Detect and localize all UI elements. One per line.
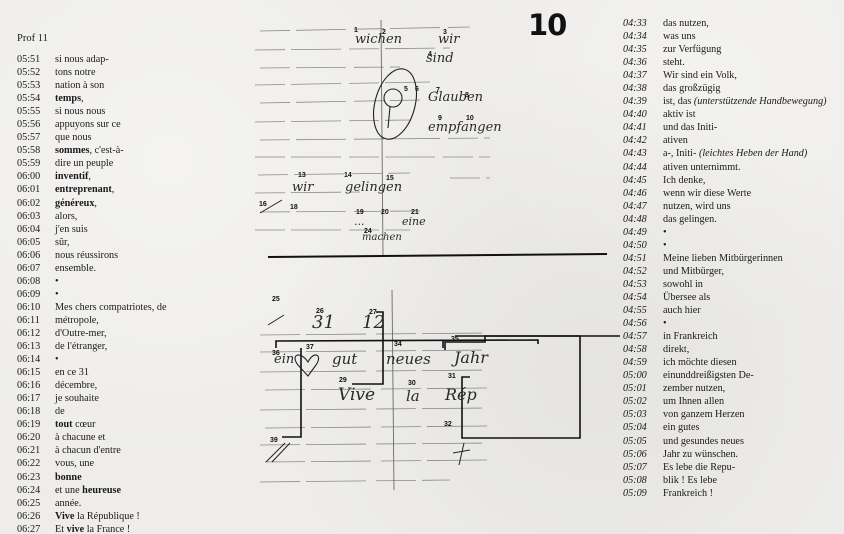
timestamp: 04:48 — [623, 213, 663, 226]
transcript-text: bonne — [55, 471, 82, 484]
transcript-row: 06:14• — [17, 353, 166, 366]
marker-number: 25 — [272, 296, 280, 303]
timestamp: 06:02 — [17, 197, 55, 210]
timestamp: 06:13 — [17, 340, 55, 353]
transcript-text: • — [663, 239, 667, 252]
timestamp: 06:00 — [17, 170, 55, 183]
transcript-row: 06:26Vive la République ! — [17, 510, 166, 523]
timestamp: 04:58 — [623, 343, 663, 356]
timestamp: 04:34 — [623, 30, 663, 43]
transcript-row: 05:53nation à son — [17, 79, 166, 92]
transcript-text: und Mitbürger, — [663, 265, 724, 278]
transcript-row: 04:54Übersee als — [623, 291, 827, 304]
transcript-row: 04:50• — [623, 239, 827, 252]
handwritten-word: Vive — [338, 385, 375, 405]
transcript-row: 04:58direkt, — [623, 343, 827, 356]
timestamp: 06:03 — [17, 210, 55, 223]
transcript-text: blik ! Es lebe — [663, 474, 717, 487]
timestamp: 04:51 — [623, 252, 663, 265]
transcript-row: 06:10Mes chers compatriotes, de — [17, 301, 166, 314]
transcript-text: temps, — [55, 92, 84, 105]
timestamp: 04:57 — [623, 330, 663, 343]
transcript-text: ein gutes — [663, 421, 700, 434]
timestamp: 06:16 — [17, 379, 55, 392]
transcript-text: métropole, — [55, 314, 99, 327]
transcript-text: steht. — [663, 56, 685, 69]
transcript-text: ist, das (unterstützende Handbewegung) — [663, 95, 827, 108]
transcript-row: 06:25année. — [17, 497, 166, 510]
timestamp: 06:10 — [17, 301, 55, 314]
transcript-row: 04:39ist, das (unterstützende Handbewegu… — [623, 95, 827, 108]
marker-number: 32 — [444, 421, 452, 428]
timestamp: 04:49 — [623, 226, 663, 239]
french-transcript-column: 05:51si nous adap-05:52tons notre05:53na… — [17, 53, 166, 534]
transcript-row: 04:51Meine lieben Mitbürgerinnen — [623, 252, 827, 265]
timestamp: 05:58 — [17, 144, 55, 157]
timestamp: 05:05 — [623, 435, 663, 448]
transcript-row: 05:03von ganzem Herzen — [623, 408, 827, 421]
marker-number: 18 — [290, 204, 298, 211]
transcript-row: 06:03alors, — [17, 210, 166, 223]
transcript-row: 05:01zember nutzen, — [623, 382, 827, 395]
timestamp: 04:53 — [623, 278, 663, 291]
transcript-text: entreprenant, — [55, 183, 114, 196]
transcript-row: 04:45Ich denke, — [623, 174, 827, 187]
transcript-text: von ganzem Herzen — [663, 408, 744, 421]
timestamp: 05:54 — [17, 92, 55, 105]
timestamp: 05:59 — [17, 157, 55, 170]
marker-number: 10 — [466, 115, 474, 122]
transcript-row: 04:35zur Verfügung — [623, 43, 827, 56]
timestamp: 06:15 — [17, 366, 55, 379]
marker-number: 21 — [411, 209, 419, 216]
document-header-label: Prof 11 — [17, 33, 48, 44]
transcript-row: 04:41und das Initi- — [623, 121, 827, 134]
handwritten-word: gelingen — [345, 180, 402, 195]
transcript-text: • — [663, 317, 667, 330]
transcript-text: • — [55, 275, 59, 288]
timestamp: 05:04 — [623, 421, 663, 434]
transcript-row: 06:11métropole, — [17, 314, 166, 327]
gesture-annotation: (unterstützende Handbewegung) — [694, 96, 827, 107]
timestamp: 05:53 — [17, 79, 55, 92]
timestamp: 05:57 — [17, 131, 55, 144]
transcript-row: 06:00inventif, — [17, 170, 166, 183]
transcript-text: zur Verfügung — [663, 43, 721, 56]
timestamp: 06:20 — [17, 431, 55, 444]
marker-number: 30 — [408, 380, 416, 387]
handwritten-word: gut — [332, 350, 357, 368]
transcript-row: 05:51si nous adap- — [17, 53, 166, 66]
transcript-text: année. — [55, 497, 81, 510]
timestamp: 04:43 — [623, 147, 663, 160]
timestamp: 06:05 — [17, 236, 55, 249]
transcript-text: généreux, — [55, 197, 97, 210]
transcript-row: 04:49• — [623, 226, 827, 239]
transcript-row: 04:34was uns — [623, 30, 827, 43]
marker-number: 26 — [316, 308, 324, 315]
transcript-row: 05:57que nous — [17, 131, 166, 144]
transcript-text: si nous nous — [55, 105, 105, 118]
transcript-row: 06:23bonne — [17, 471, 166, 484]
transcript-row: 04:33das nutzen, — [623, 17, 827, 30]
transcript-text: ich möchte diesen — [663, 356, 737, 369]
marker-number: 31 — [448, 373, 456, 380]
transcript-row: 06:02généreux, — [17, 197, 166, 210]
transcript-text: aktiv ist — [663, 108, 696, 121]
timestamp: 05:07 — [623, 461, 663, 474]
transcript-text: vous, une — [55, 457, 94, 470]
transcript-text: das großzügig — [663, 82, 720, 95]
transcript-text: Et vive la France ! — [55, 523, 130, 534]
timestamp: 04:45 — [623, 174, 663, 187]
handwritten-word: Jahr — [454, 348, 488, 367]
transcript-text: direkt, — [663, 343, 689, 356]
marker-number: 6 — [415, 86, 419, 93]
transcript-row: 06:18de — [17, 405, 166, 418]
transcript-row: 05:58sommes, c'est-à- — [17, 144, 166, 157]
timestamp: 04:33 — [623, 17, 663, 30]
timestamp: 04:50 — [623, 239, 663, 252]
timestamp: 06:27 — [17, 523, 55, 534]
marker-number: 35 — [451, 336, 459, 343]
marker-number: 27 — [369, 309, 377, 316]
transcript-row: 04:47nutzen, wird uns — [623, 200, 827, 213]
transcript-row: 05:02um Ihnen allen — [623, 395, 827, 408]
transcript-text: Ich denke, — [663, 174, 705, 187]
transcript-row: 06:01entreprenant, — [17, 183, 166, 196]
transcript-text: • — [55, 288, 59, 301]
transcript-text: das nutzen, — [663, 17, 709, 30]
transcript-row: 05:07Es lebe die Repu- — [623, 461, 827, 474]
marker-number: 37 — [306, 344, 314, 351]
timestamp: 06:08 — [17, 275, 55, 288]
handwritten-word: neues — [386, 350, 431, 368]
transcript-row: 05:00einunddreißigsten De- — [623, 369, 827, 382]
transcript-text: in Frankreich — [663, 330, 718, 343]
marker-number: 36 — [272, 350, 280, 357]
transcript-row: 06:05sûr, — [17, 236, 166, 249]
transcript-text: nutzen, wird uns — [663, 200, 731, 213]
transcript-row: 06:08• — [17, 275, 166, 288]
transcript-row: 06:16décembre, — [17, 379, 166, 392]
timestamp: 06:22 — [17, 457, 55, 470]
timestamp: 04:47 — [623, 200, 663, 213]
transcript-row: 06:07ensemble. — [17, 262, 166, 275]
transcript-text: à chacun d'entre — [55, 444, 121, 457]
timestamp: 06:09 — [17, 288, 55, 301]
timestamp: 04:39 — [623, 95, 663, 108]
transcript-text: um Ihnen allen — [663, 395, 724, 408]
marker-number: 7 — [436, 87, 440, 94]
transcript-row: 04:53sowohl in — [623, 278, 827, 291]
marker-number: 5 — [404, 86, 408, 93]
transcript-row: 06:12d'Outre-mer, — [17, 327, 166, 340]
handwritten-word: la — [406, 387, 420, 405]
transcript-text: de l'étranger, — [55, 340, 107, 353]
transcript-text: Meine lieben Mitbürgerinnen — [663, 252, 783, 265]
timestamp: 05:00 — [623, 369, 663, 382]
transcript-row: 04:52und Mitbürger, — [623, 265, 827, 278]
transcript-text: das gelingen. — [663, 213, 717, 226]
transcript-row: 04:57in Frankreich — [623, 330, 827, 343]
transcript-text: ativen — [663, 134, 688, 147]
marker-number: 8 — [465, 92, 469, 99]
timestamp: 06:21 — [17, 444, 55, 457]
transcript-row: 04:42ativen — [623, 134, 827, 147]
german-transcript-column: 04:33das nutzen,04:34was uns04:35zur Ver… — [623, 17, 827, 500]
transcript-row: 06:04j'en suis — [17, 223, 166, 236]
transcript-row: 06:17je souhaite — [17, 392, 166, 405]
timestamp: 06:06 — [17, 249, 55, 262]
timestamp: 04:46 — [623, 187, 663, 200]
timestamp: 04:35 — [623, 43, 663, 56]
handwritten-word: wichen — [355, 32, 402, 47]
transcript-row: 04:36steht. — [623, 56, 827, 69]
timestamp: 06:25 — [17, 497, 55, 510]
marker-number: 34 — [394, 341, 402, 348]
handwritten-word: wir — [292, 180, 314, 195]
handwritten-word: Rép — [445, 385, 477, 404]
transcript-text: Frankreich ! — [663, 487, 713, 500]
timestamp: 06:19 — [17, 418, 55, 431]
transcript-row: 04:48das gelingen. — [623, 213, 827, 226]
transcript-text: tons notre — [55, 66, 95, 79]
transcript-row: 06:19tout cœur — [17, 418, 166, 431]
timestamp: 06:23 — [17, 471, 55, 484]
transcript-row: 04:59ich möchte diesen — [623, 356, 827, 369]
marker-number: 14 — [344, 172, 352, 179]
timestamp: 04:55 — [623, 304, 663, 317]
transcript-row: 05:04ein gutes — [623, 421, 827, 434]
transcript-text: d'Outre-mer, — [55, 327, 107, 340]
marker-number: 24 — [364, 228, 372, 235]
timestamp: 06:17 — [17, 392, 55, 405]
transcript-text: décembre, — [55, 379, 97, 392]
transcript-row: 06:21à chacun d'entre — [17, 444, 166, 457]
timestamp: 06:18 — [17, 405, 55, 418]
transcript-row: 04:56• — [623, 317, 827, 330]
transcript-text: und das Initi- — [663, 121, 717, 134]
timestamp: 05:51 — [17, 53, 55, 66]
notes-lines — [250, 0, 620, 534]
transcript-text: ensemble. — [55, 262, 96, 275]
transcript-text: de — [55, 405, 65, 418]
transcript-text: nous réussirons — [55, 249, 118, 262]
transcript-row: 06:15en ce 31 — [17, 366, 166, 379]
marker-number: 9 — [438, 115, 442, 122]
handwritten-word: 31 — [312, 312, 335, 333]
timestamp: 05:08 — [623, 474, 663, 487]
timestamp: 04:36 — [623, 56, 663, 69]
transcript-text: tout cœur — [55, 418, 95, 431]
transcript-row: 05:09Frankreich ! — [623, 487, 827, 500]
timestamp: 06:24 — [17, 484, 55, 497]
timestamp: 05:02 — [623, 395, 663, 408]
transcript-text: und gesundes neues — [663, 435, 744, 448]
transcript-text: appuyons sur ce — [55, 118, 121, 131]
transcript-row: 04:40aktiv ist — [623, 108, 827, 121]
handwritten-word: eine — [402, 215, 426, 228]
timestamp: 04:59 — [623, 356, 663, 369]
transcript-text: wenn wir diese Werte — [663, 187, 751, 200]
transcript-text: auch hier — [663, 304, 701, 317]
transcript-text: sûr, — [55, 236, 70, 249]
marker-number: 20 — [381, 209, 389, 216]
transcript-text: nation à son — [55, 79, 104, 92]
transcript-row: 06:09• — [17, 288, 166, 301]
transcript-text: Übersee als — [663, 291, 710, 304]
handwritten-word: wir — [438, 32, 460, 47]
handwritten-word: ... — [354, 215, 365, 228]
timestamp: 05:09 — [623, 487, 663, 500]
transcript-text: Wir sind ein Volk, — [663, 69, 737, 82]
marker-number: 13 — [298, 172, 306, 179]
transcript-row: 04:38das großzügig — [623, 82, 827, 95]
timestamp: 04:54 — [623, 291, 663, 304]
handwritten-notes-area: wichen wir sind Glauben empfangen wir ge… — [250, 0, 620, 534]
marker-number: 4 — [428, 51, 432, 58]
marker-number: 15 — [386, 175, 394, 182]
timestamp: 06:01 — [17, 183, 55, 196]
timestamp: 04:41 — [623, 121, 663, 134]
timestamp: 04:52 — [623, 265, 663, 278]
transcript-row: 05:59dire un peuple — [17, 157, 166, 170]
transcript-text: que nous — [55, 131, 92, 144]
timestamp: 06:07 — [17, 262, 55, 275]
timestamp: 04:42 — [623, 134, 663, 147]
handwritten-word: empfangen — [428, 120, 502, 135]
timestamp: 04:37 — [623, 69, 663, 82]
transcript-row: 04:37Wir sind ein Volk, — [623, 69, 827, 82]
transcript-text: Es lebe die Repu- — [663, 461, 735, 474]
transcript-text: et une heureuse — [55, 484, 121, 497]
marker-number: 3 — [443, 29, 447, 36]
transcript-row: 04:43a-, Initi- (leichtes Heben der Hand… — [623, 147, 827, 160]
transcript-text: • — [663, 226, 667, 239]
timestamp: 05:56 — [17, 118, 55, 131]
transcript-text: sowohl in — [663, 278, 703, 291]
transcript-row: 06:20à chacune et — [17, 431, 166, 444]
transcript-row: 04:55auch hier — [623, 304, 827, 317]
transcript-row: 05:08blik ! Es lebe — [623, 474, 827, 487]
transcript-text: • — [55, 353, 59, 366]
transcript-text: j'en suis — [55, 223, 88, 236]
transcript-row: 05:55si nous nous — [17, 105, 166, 118]
timestamp: 06:26 — [17, 510, 55, 523]
transcript-row: 05:54temps, — [17, 92, 166, 105]
transcript-row: 05:05und gesundes neues — [623, 435, 827, 448]
marker-number: 39 — [270, 437, 278, 444]
timestamp: 05:06 — [623, 448, 663, 461]
transcript-text: ativen unternimmt. — [663, 161, 741, 174]
timestamp: 05:55 — [17, 105, 55, 118]
transcript-text: Vive la République ! — [55, 510, 140, 523]
marker-number: 19 — [356, 209, 364, 216]
transcript-text: à chacune et — [55, 431, 105, 444]
transcript-text: was uns — [663, 30, 696, 43]
transcript-text: Jahr zu wünschen. — [663, 448, 738, 461]
transcript-row: 06:13de l'étranger, — [17, 340, 166, 353]
transcript-text: einunddreißigsten De- — [663, 369, 754, 382]
timestamp: 04:40 — [623, 108, 663, 121]
timestamp: 05:01 — [623, 382, 663, 395]
transcript-text: en ce 31 — [55, 366, 89, 379]
transcript-row: 06:27Et vive la France ! — [17, 523, 166, 534]
transcript-row: 06:06nous réussirons — [17, 249, 166, 262]
timestamp: 05:52 — [17, 66, 55, 79]
timestamp: 06:12 — [17, 327, 55, 340]
transcript-text: Mes chers compatriotes, de — [55, 301, 166, 314]
transcript-row: 05:06Jahr zu wünschen. — [623, 448, 827, 461]
timestamp: 06:11 — [17, 314, 55, 327]
transcript-text: je souhaite — [55, 392, 99, 405]
timestamp: 06:14 — [17, 353, 55, 366]
timestamp: 04:44 — [623, 161, 663, 174]
transcript-row: 06:24et une heureuse — [17, 484, 166, 497]
transcript-row: 05:52tons notre — [17, 66, 166, 79]
timestamp: 04:56 — [623, 317, 663, 330]
marker-number: 16 — [259, 201, 267, 208]
marker-number: 2 — [382, 29, 386, 36]
transcript-text: sommes, c'est-à- — [55, 144, 124, 157]
timestamp: 05:03 — [623, 408, 663, 421]
transcript-text: si nous adap- — [55, 53, 109, 66]
marker-number: 1 — [354, 27, 358, 34]
transcript-text: zember nutzen, — [663, 382, 725, 395]
timestamp: 06:04 — [17, 223, 55, 236]
transcript-text: dire un peuple — [55, 157, 113, 170]
transcript-row: 06:22vous, une — [17, 457, 166, 470]
transcript-row: 05:56appuyons sur ce — [17, 118, 166, 131]
transcript-row: 04:46wenn wir diese Werte — [623, 187, 827, 200]
timestamp: 04:38 — [623, 82, 663, 95]
transcript-row: 04:44ativen unternimmt. — [623, 161, 827, 174]
transcript-text: inventif, — [55, 170, 91, 183]
gesture-annotation: (leichtes Heben der Hand) — [699, 148, 807, 159]
transcript-text: alors, — [55, 210, 77, 223]
marker-number: 29 — [339, 377, 347, 384]
transcript-text: a-, Initi- (leichtes Heben der Hand) — [663, 147, 807, 160]
